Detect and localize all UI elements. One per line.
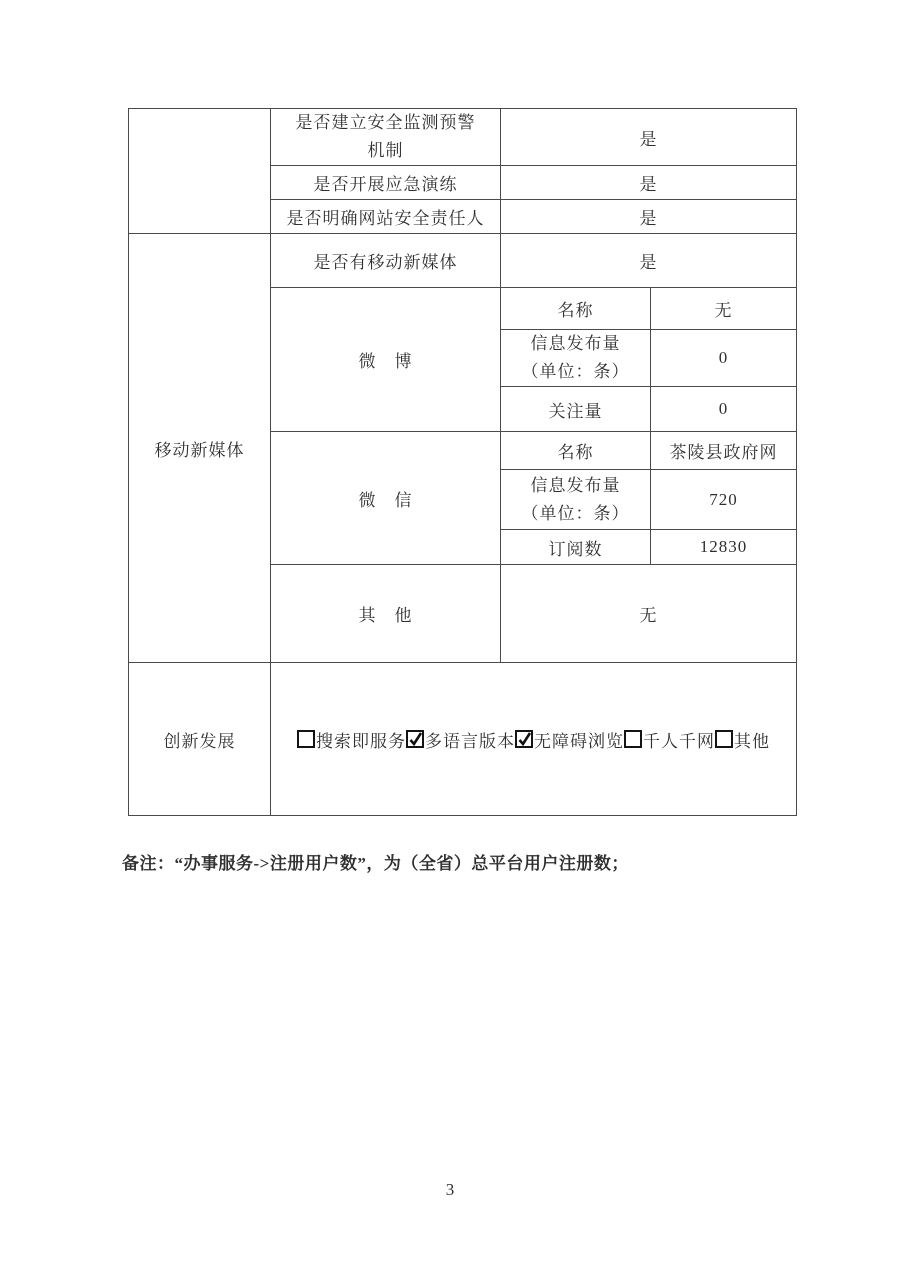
- innovation-checkbox-group: 搜索即服务 多语言版本 无障碍浏览 千人千网 其他: [271, 663, 797, 816]
- checkbox-label: 千人千网: [643, 727, 715, 752]
- value-wechat-subscribers: 12830: [651, 530, 797, 565]
- checkbox-search-service[interactable]: 搜索即服务: [297, 727, 406, 752]
- value-security-responsible-person: 是: [501, 200, 797, 234]
- value-weibo-followers: 0: [651, 387, 797, 432]
- label-line: 信息发布量: [505, 330, 646, 358]
- value-wechat-posts: 720: [651, 470, 797, 530]
- checkbox-icon: [624, 730, 642, 748]
- checkbox-label: 其他: [734, 727, 770, 752]
- checkbox-label: 搜索即服务: [316, 727, 406, 752]
- checkbox-other[interactable]: 其他: [715, 727, 770, 752]
- report-table: 是否建立安全监测预警 机制 是 是否开展应急演练 是 是否明确网站安全责任人 是…: [128, 108, 797, 816]
- value-weibo-name: 无: [651, 288, 797, 330]
- label-has-mobile-media: 是否有移动新媒体: [271, 234, 501, 288]
- value-emergency-drill: 是: [501, 166, 797, 200]
- section-cell-empty: [129, 109, 271, 234]
- label-line: （单位：条）: [505, 358, 646, 386]
- footnote: 备注：“办事服务->注册用户数”，为（全省）总平台用户注册数；: [122, 849, 629, 874]
- document-page: 是否建立安全监测预警 机制 是 是否开展应急演练 是 是否明确网站安全责任人 是…: [0, 0, 900, 1272]
- label-security-monitoring: 是否建立安全监测预警 机制: [271, 109, 501, 166]
- checkbox-label: 多语言版本: [425, 727, 515, 752]
- label-security-responsible-person: 是否明确网站安全责任人: [271, 200, 501, 234]
- checkbox-icon: [715, 730, 733, 748]
- label-line: 是否建立安全监测预警: [275, 109, 496, 137]
- section-mobile-new-media: 移动新媒体: [129, 234, 271, 663]
- label-wechat-posts: 信息发布量 （单位：条）: [501, 470, 651, 530]
- checkbox-thousand-sites[interactable]: 千人千网: [624, 727, 715, 752]
- checkbox-icon: [406, 730, 424, 748]
- label-other-media: 其 他: [271, 565, 501, 663]
- value-security-monitoring: 是: [501, 109, 797, 166]
- label-line: 机制: [275, 137, 496, 165]
- label-emergency-drill: 是否开展应急演练: [271, 166, 501, 200]
- checkbox-multilanguage[interactable]: 多语言版本: [406, 727, 515, 752]
- value-has-mobile-media: 是: [501, 234, 797, 288]
- label-weibo-followers: 关注量: [501, 387, 651, 432]
- label-weibo-name: 名称: [501, 288, 651, 330]
- label-line: 信息发布量: [505, 472, 646, 500]
- value-other-media: 无: [501, 565, 797, 663]
- checkbox-icon: [515, 730, 533, 748]
- table-row: 是否建立安全监测预警 机制 是: [129, 109, 797, 166]
- label-wechat: 微 信: [271, 432, 501, 565]
- label-line: （单位：条）: [505, 500, 646, 528]
- label-weibo: 微 博: [271, 288, 501, 432]
- checkbox-icon: [297, 730, 315, 748]
- checkbox-label: 无障碍浏览: [534, 727, 624, 752]
- label-wechat-name: 名称: [501, 432, 651, 470]
- page-number: 3: [0, 1180, 900, 1200]
- value-weibo-posts: 0: [651, 330, 797, 387]
- table-row: 创新发展 搜索即服务 多语言版本 无障碍浏览 千人千网 其他: [129, 663, 797, 816]
- label-weibo-posts: 信息发布量 （单位：条）: [501, 330, 651, 387]
- checkbox-barrier-free[interactable]: 无障碍浏览: [515, 727, 624, 752]
- label-wechat-subscribers: 订阅数: [501, 530, 651, 565]
- value-wechat-name: 茶陵县政府网: [651, 432, 797, 470]
- table-row: 移动新媒体 是否有移动新媒体 是: [129, 234, 797, 288]
- section-innovation: 创新发展: [129, 663, 271, 816]
